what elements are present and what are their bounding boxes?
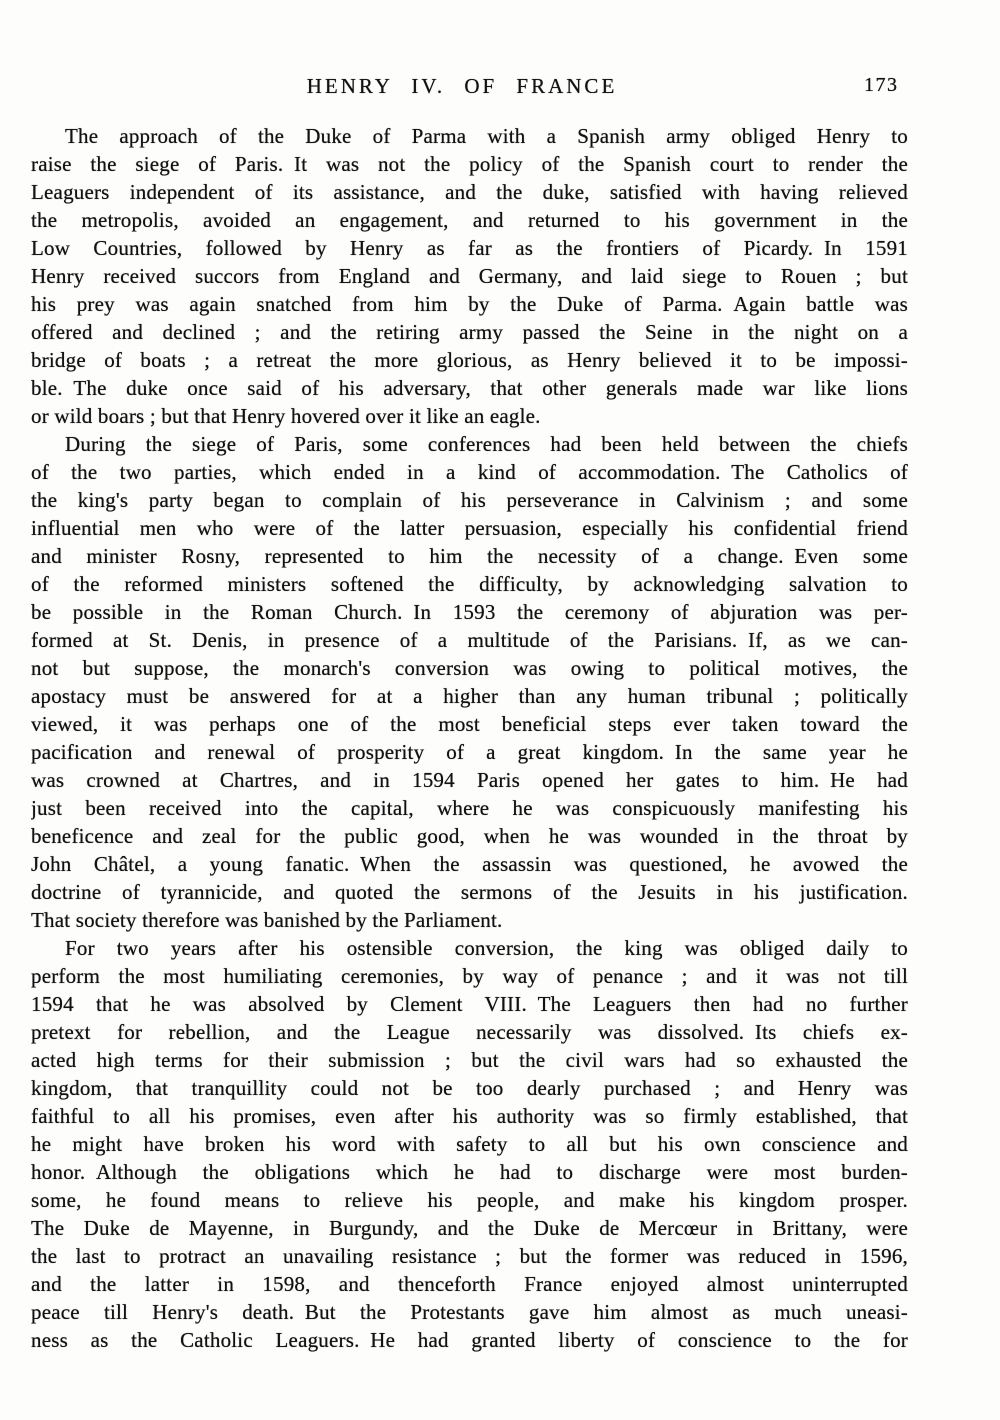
text-line: That society therefore was banished by t… xyxy=(31,906,908,934)
text-line: of the reformed ministers softened the d… xyxy=(31,570,908,598)
text-line: perform the most humiliating ceremonies,… xyxy=(31,962,908,990)
text-line: pretext for rebellion, and the League ne… xyxy=(31,1018,908,1046)
text-line: ble. The duke once said of his adversary… xyxy=(31,374,908,402)
text-line: doctrine of tyrannicide, and quoted the … xyxy=(31,878,908,906)
text-line: peace till Henry's death. But the Protes… xyxy=(31,1298,908,1326)
text-line: not but suppose, the monarch's conversio… xyxy=(31,654,908,682)
text-line: formed at St. Denis, in presence of a mu… xyxy=(31,626,908,654)
text-line: just been received into the capital, whe… xyxy=(31,794,908,822)
text-line: raise the siege of Paris. It was not the… xyxy=(31,150,908,178)
text-line: For two years after his ostensible conve… xyxy=(31,934,908,962)
text-line: he might have broken his word with safet… xyxy=(31,1130,908,1158)
text-line: and the latter in 1598, and thenceforth … xyxy=(31,1270,908,1298)
page-number: 173 xyxy=(864,74,899,97)
text-line: the metropolis, avoided an engagement, a… xyxy=(31,206,908,234)
page-header-title: HENRY IV. OF FRANCE xyxy=(307,74,618,99)
text-line: the last to protract an unavailing resis… xyxy=(31,1242,908,1270)
text-line: viewed, it was perhaps one of the most b… xyxy=(31,710,908,738)
text-line: was crowned at Chartres, and in 1594 Par… xyxy=(31,766,908,794)
text-line: beneficence and zeal for the public good… xyxy=(31,822,908,850)
text-line: Low Countries, followed by Henry as far … xyxy=(31,234,908,262)
text-line: faithful to all his promises, even after… xyxy=(31,1102,908,1130)
text-line: pacification and renewal of prosperity o… xyxy=(31,738,908,766)
text-line: his prey was again snatched from him by … xyxy=(31,290,908,318)
text-line: ness as the Catholic Leaguers. He had gr… xyxy=(31,1326,908,1354)
text-line: bridge of boats ; a retreat the more glo… xyxy=(31,346,908,374)
paragraph: For two years after his ostensible conve… xyxy=(31,934,908,1354)
text-line: Leaguers independent of its assistance, … xyxy=(31,178,908,206)
text-line: The approach of the Duke of Parma with a… xyxy=(31,122,908,150)
text-line: influential men who were of the latter p… xyxy=(31,514,908,542)
paragraph: The approach of the Duke of Parma with a… xyxy=(31,122,908,430)
text-line: acted high terms for their submission ; … xyxy=(31,1046,908,1074)
text-line: 1594 that he was absolved by Clement VII… xyxy=(31,990,908,1018)
text-line: Henry received succors from England and … xyxy=(31,262,908,290)
text-line: offered and declined ; and the retiring … xyxy=(31,318,908,346)
book-page: HENRY IV. OF FRANCE 173 The approach of … xyxy=(0,0,1000,1420)
text-line: some, he found means to relieve his peop… xyxy=(31,1186,908,1214)
text-line: During the siege of Paris, some conferen… xyxy=(31,430,908,458)
text-line: or wild boars ; but that Henry hovered o… xyxy=(31,402,908,430)
text-line: John Châtel, a young fanatic. When the a… xyxy=(31,850,908,878)
text-line: kingdom, that tranquillity could not be … xyxy=(31,1074,908,1102)
paragraph: During the siege of Paris, some conferen… xyxy=(31,430,908,934)
page-body: The approach of the Duke of Parma with a… xyxy=(31,122,908,1354)
text-line: and minister Rosny, represented to him t… xyxy=(31,542,908,570)
text-line: the king's party began to complain of hi… xyxy=(31,486,908,514)
text-line: The Duke de Mayenne, in Burgundy, and th… xyxy=(31,1214,908,1242)
text-line: honor. Although the obligations which he… xyxy=(31,1158,908,1186)
text-line: of the two parties, which ended in a kin… xyxy=(31,458,908,486)
text-line: be possible in the Roman Church. In 1593… xyxy=(31,598,908,626)
text-line: apostacy must be answered for at a highe… xyxy=(31,682,908,710)
